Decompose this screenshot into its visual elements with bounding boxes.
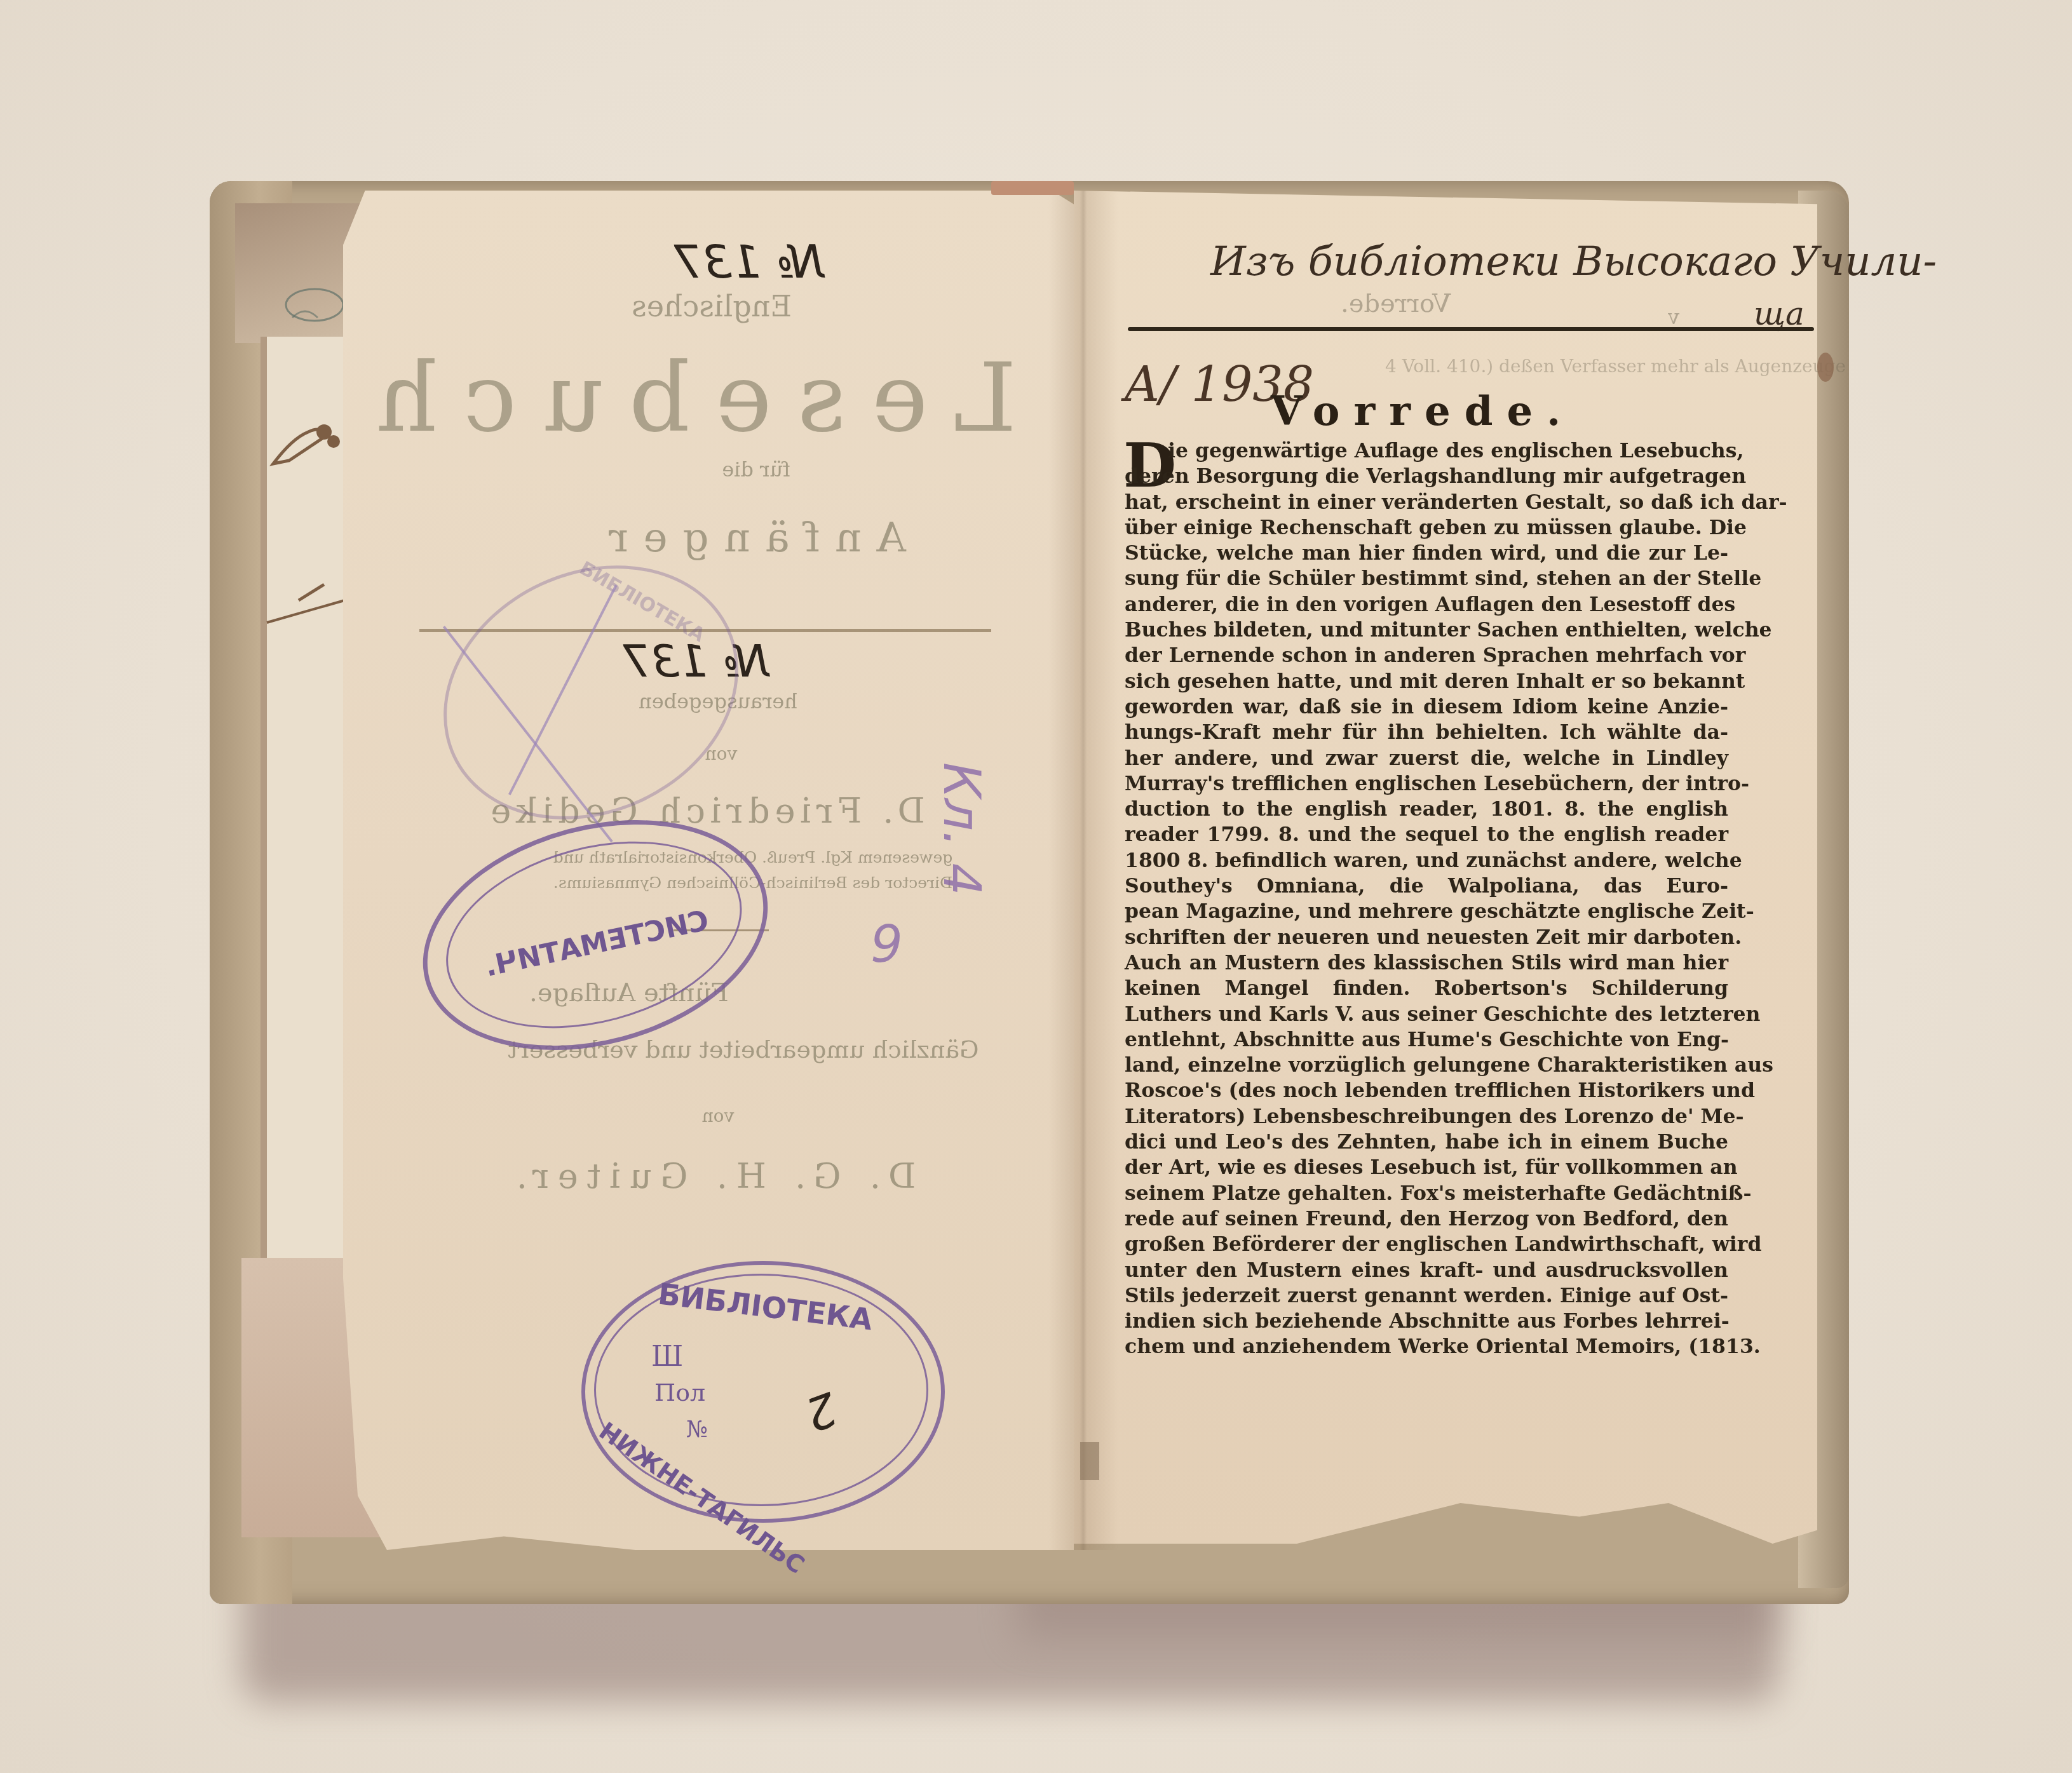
- text-line: Roscoe's (des noch lebenden trefflichen …: [1125, 1078, 1728, 1103]
- text-line: sung für die Schüler bestimmt sind, steh…: [1125, 566, 1728, 591]
- bleed-title-line-4: Anfänger: [521, 515, 978, 562]
- ghost-header: Vorrede.: [1341, 289, 1451, 318]
- preface-body: ie gegenwärtige Auflage des englischen L…: [1125, 438, 1728, 1360]
- text-line: Stils jederzeit zuerst genannt werden. E…: [1125, 1283, 1728, 1309]
- text-line: Southey's Omniana, die Walpoliana, das E…: [1125, 873, 1728, 899]
- text-line: keinen Mangel finden. Robertson's Schild…: [1125, 976, 1728, 1001]
- handwritten-number-top: № 137: [674, 235, 823, 288]
- bleed-title-line-2: Lesebuch: [407, 343, 1017, 454]
- text-line: hungs-Kraft mehr für ihn behielten. Ich …: [1125, 720, 1728, 745]
- text-line: Literators) Lebensbeschreibungen des Lor…: [1125, 1104, 1728, 1129]
- text-line: duction to the english reader, 1801. 8. …: [1125, 797, 1728, 822]
- text-line: indien sich beziehende Abschnitte aus Fo…: [1125, 1309, 1728, 1334]
- text-line: rede auf seinen Freund, den Herzog von B…: [1125, 1206, 1728, 1232]
- ghost-line-1: 4 Voll. 410.) deßen Verfasser mehr als A…: [1385, 356, 1846, 377]
- text-line: Murray's trefflichen englischen Lesebüch…: [1125, 771, 1728, 797]
- stamp-bottom-line-2: Ш: [651, 1340, 683, 1373]
- text-line: großen Beförderer der englischen Landwir…: [1125, 1232, 1728, 1257]
- text-line: anderer, die in den vorigen Auflagen den…: [1125, 592, 1728, 617]
- text-line: her andere, und zwar zuerst die, welche …: [1125, 746, 1728, 771]
- text-line: deren Besorgung die Verlagshandlung mir …: [1125, 464, 1728, 489]
- text-line: ie gegenwärtige Auflage des englischen L…: [1125, 438, 1728, 464]
- ghost-pagenum: v: [1668, 305, 1679, 329]
- stamp-bottom-line-3: Пол: [654, 1379, 705, 1406]
- text-line: pean Magazine, und mehrere geschätzte en…: [1125, 899, 1728, 924]
- text-line: sich gesehen hatte, und mit deren Inhalt…: [1125, 669, 1728, 694]
- text-line: Luthers und Karls V. aus seiner Geschich…: [1125, 1002, 1728, 1027]
- text-line: hat, erscheint in einer veränderten Gest…: [1125, 490, 1728, 515]
- text-line: schriften der neueren und neuesten Zeit …: [1125, 925, 1728, 950]
- text-line: entlehnt, Abschnitte aus Hume's Geschich…: [1125, 1027, 1728, 1053]
- ink-stain: [1817, 353, 1834, 382]
- handwritten-provenance-line-1: Изъ библiотеки Высокаго Учили-: [1210, 238, 1937, 285]
- text-line: 1800 8. befindlich waren, und zunächst a…: [1125, 848, 1728, 873]
- text-line: unter den Mustern eines kraft- und ausdr…: [1125, 1258, 1728, 1283]
- text-line: der Lernende schon in anderen Sprachen m…: [1125, 643, 1728, 668]
- text-line: land, einzelne vorzüglich gelungene Char…: [1125, 1053, 1728, 1078]
- preface-heading: Vorrede.: [1271, 388, 1574, 435]
- bleed-title-line-1: Englisches: [572, 289, 851, 323]
- text-line: Auch an Mustern des klassischen Stils wi…: [1125, 950, 1728, 976]
- bleed-title-line-12: von: [661, 1105, 775, 1126]
- text-line: über einige Rechenschaft geben zu müssen…: [1125, 515, 1728, 541]
- page-tear: [1080, 1442, 1099, 1480]
- text-line: seinem Platze gehalten. Fox's meisterhaf…: [1125, 1181, 1728, 1206]
- text-line: der Art, wie es dieses Lesebuch ist, für…: [1125, 1155, 1728, 1180]
- pencil-shelf-mark: Кл. 4: [932, 762, 991, 896]
- book-gutter: [1048, 191, 1118, 1550]
- bleed-title-line-3: für die: [674, 457, 839, 482]
- text-line: dici und Leo's des Zehnten, habe ich in …: [1125, 1129, 1728, 1155]
- header-rule: [1128, 327, 1814, 331]
- text-line: chem und anziehendem Werke Oriental Memo…: [1125, 1334, 1728, 1359]
- pencil-mark: 9: [870, 915, 903, 974]
- bleed-title-line-13: D. G. H. Guiter.: [483, 1156, 940, 1196]
- text-line: geworden war, daß sie in diesem Idiom ke…: [1125, 694, 1728, 720]
- text-line: Buches bildeten, und mitunter Sachen ent…: [1125, 617, 1728, 643]
- spine-top-edge: [991, 181, 1074, 195]
- text-line: reader 1799. 8. und the sequel to the en…: [1125, 822, 1728, 847]
- stamp-bottom-line-4: №: [686, 1417, 708, 1443]
- text-line: Stücke, welche man hier finden wird, und…: [1125, 541, 1728, 566]
